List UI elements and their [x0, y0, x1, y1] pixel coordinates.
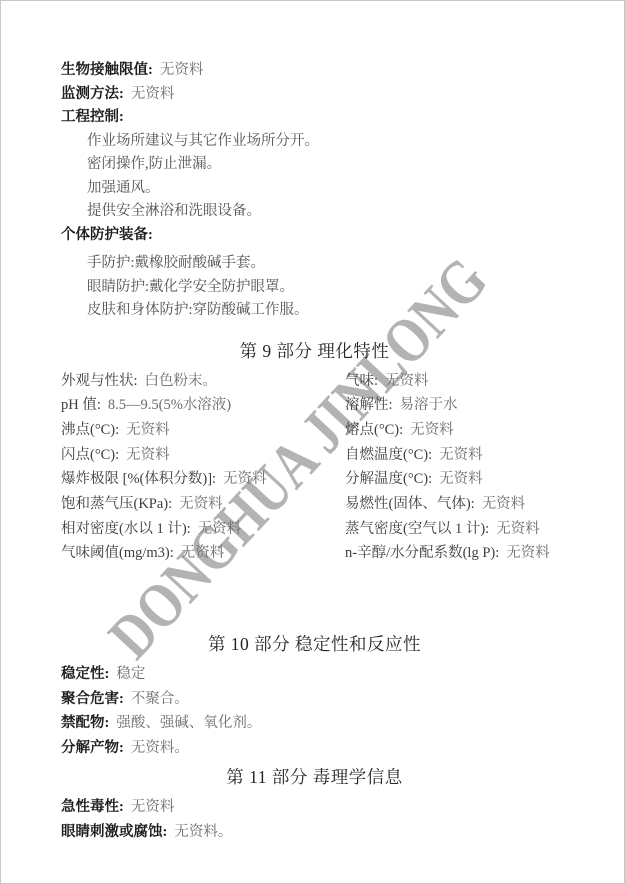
- ppe-item: 皮肤和身体防护:穿防酸碱工作服。: [61, 299, 568, 323]
- property-partition-coefficient: n-辛醇/水分配系数(lg P):无资料: [345, 541, 568, 566]
- property-label: 气味阈值(mg/m3):: [61, 545, 174, 561]
- property-odor-threshold: 气味阈值(mg/m3):无资料: [61, 541, 345, 566]
- field-label: 聚合危害:: [61, 691, 124, 707]
- property-label: 熔点(°C):: [345, 422, 403, 438]
- property-row: 气味阈值(mg/m3):无资料 n-辛醇/水分配系数(lg P):无资料: [61, 541, 568, 566]
- field-label: 眼睛刺激或腐蚀:: [61, 824, 167, 840]
- property-value: 无资料: [496, 521, 540, 537]
- property-label: pH 值:: [61, 397, 101, 413]
- field-label: 工程控制:: [61, 109, 124, 125]
- property-value: 无资料: [506, 545, 550, 561]
- property-value: 8.5—9.5(5%水溶液): [108, 397, 231, 413]
- field-engineering-controls: 工程控制:: [61, 106, 568, 130]
- field-value: 无资料。: [131, 740, 189, 756]
- property-label: 自燃温度(°C):: [345, 447, 432, 463]
- field-value: 无资料: [131, 86, 175, 102]
- property-vapor-pressure: 饱和蒸气压(KPa):无资料: [61, 492, 345, 517]
- section-10-title: 第 10 部分 稳定性和反应性: [61, 629, 568, 659]
- property-label: 相对密度(水以 1 计):: [61, 521, 191, 537]
- field-acute-toxicity: 急性毒性:无资料: [61, 795, 568, 820]
- field-value: 强酸、强碱、氧化剂。: [116, 715, 261, 731]
- property-value: 无资料: [198, 521, 242, 537]
- engineering-item: 加强通风。: [61, 177, 568, 201]
- field-incompatible-materials: 禁配物:强酸、强碱、氧化剂。: [61, 711, 568, 736]
- field-value: 不聚合。: [131, 691, 189, 707]
- property-label: 分解温度(°C):: [345, 471, 432, 487]
- property-odor: 气味:无资料: [345, 369, 568, 394]
- ppe-item: 手防护:戴橡胶耐酸碱手套。: [61, 252, 568, 276]
- property-label: 外观与性状:: [61, 373, 138, 389]
- property-value: 无资料: [223, 471, 267, 487]
- ppe-item: 眼睛防护:戴化学安全防护眼罩。: [61, 276, 568, 300]
- property-value: 无资料: [179, 496, 223, 512]
- property-value: 无资料: [181, 545, 225, 561]
- property-autoignition-temp: 自燃温度(°C):无资料: [345, 443, 568, 468]
- property-label: 闪点(°C):: [61, 447, 119, 463]
- property-label: 爆炸极限 [%(体积分数)]:: [61, 471, 216, 487]
- section-10-lines: 稳定性:稳定 聚合危害:不聚合。 禁配物:强酸、强碱、氧化剂。 分解产物:无资料…: [61, 662, 568, 760]
- property-melting-point: 熔点(°C):无资料: [345, 418, 568, 443]
- property-value: 无资料: [439, 471, 483, 487]
- property-ph: pH 值:8.5—9.5(5%水溶液): [61, 393, 345, 418]
- engineering-item: 提供安全淋浴和洗眼设备。: [61, 200, 568, 224]
- field-decomposition-products: 分解产物:无资料。: [61, 736, 568, 761]
- property-flammability: 易燃性(固体、气体):无资料: [345, 492, 568, 517]
- field-label: 禁配物:: [61, 715, 109, 731]
- property-label: n-辛醇/水分配系数(lg P):: [345, 545, 499, 561]
- section-11-lines: 急性毒性:无资料 眼睛刺激或腐蚀:无资料。: [61, 795, 568, 844]
- property-value: 无资料: [126, 422, 170, 438]
- property-value: 易溶于水: [400, 397, 458, 413]
- property-label: 饱和蒸气压(KPa):: [61, 496, 172, 512]
- property-label: 蒸气密度(空气以 1 计):: [345, 521, 489, 537]
- property-row: 沸点(°C):无资料 熔点(°C):无资料: [61, 418, 568, 443]
- field-value: 无资料: [160, 62, 204, 78]
- property-label: 气味:: [345, 373, 378, 389]
- property-vapor-density: 蒸气密度(空气以 1 计):无资料: [345, 517, 568, 542]
- property-label: 易燃性(固体、气体):: [345, 496, 475, 512]
- field-label: 稳定性:: [61, 666, 109, 682]
- engineering-item: 密闭操作,防止泄漏。: [61, 153, 568, 177]
- property-explosion-limit: 爆炸极限 [%(体积分数)]:无资料: [61, 467, 345, 492]
- field-label: 急性毒性:: [61, 799, 124, 815]
- property-row: 外观与性状:白色粉末。 气味:无资料: [61, 369, 568, 394]
- field-polymerization-hazard: 聚合危害:不聚合。: [61, 687, 568, 712]
- property-row: pH 值:8.5—9.5(5%水溶液) 溶解性:易溶于水: [61, 393, 568, 418]
- property-row: 相对密度(水以 1 计):无资料 蒸气密度(空气以 1 计):无资料: [61, 517, 568, 542]
- field-value: 无资料。: [174, 824, 232, 840]
- property-value: 无资料: [126, 447, 170, 463]
- field-monitoring-method: 监测方法:无资料: [61, 83, 568, 107]
- field-label: 监测方法:: [61, 86, 124, 102]
- property-appearance: 外观与性状:白色粉末。: [61, 369, 345, 394]
- property-value: 无资料: [482, 496, 526, 512]
- property-row: 闪点(°C):无资料 自燃温度(°C):无资料: [61, 443, 568, 468]
- field-label: 个体防护装备:: [61, 227, 153, 243]
- section-9-title: 第 9 部分 理化特性: [61, 336, 568, 366]
- engineering-item: 作业场所建议与其它作业场所分开。: [61, 130, 568, 154]
- field-value: 稳定: [116, 666, 145, 682]
- property-label: 沸点(°C):: [61, 422, 119, 438]
- field-ppe: 个体防护装备:: [61, 224, 568, 248]
- property-value: 无资料: [410, 422, 454, 438]
- section-9-properties: 外观与性状:白色粉末。 气味:无资料 pH 值:8.5—9.5(5%水溶液) 溶…: [61, 369, 568, 567]
- field-eye-irritation: 眼睛刺激或腐蚀:无资料。: [61, 820, 568, 845]
- property-value: 白色粉末。: [145, 373, 218, 389]
- property-value: 无资料: [385, 373, 429, 389]
- property-decomposition-temp: 分解温度(°C):无资料: [345, 467, 568, 492]
- property-flash-point: 闪点(°C):无资料: [61, 443, 345, 468]
- field-label: 分解产物:: [61, 740, 124, 756]
- sds-document-page: DONGHUA JINLONG 生物接触限值:无资料 监测方法:无资料 工程控制…: [0, 0, 625, 884]
- document-content: 生物接触限值:无资料 监测方法:无资料 工程控制: 作业场所建议与其它作业场所分…: [1, 1, 624, 883]
- field-value: 无资料: [131, 799, 175, 815]
- property-row: 饱和蒸气压(KPa):无资料 易燃性(固体、气体):无资料: [61, 492, 568, 517]
- property-label: 溶解性:: [345, 397, 393, 413]
- field-bio-exposure-limit: 生物接触限值:无资料: [61, 59, 568, 83]
- section-11-title: 第 11 部分 毒理学信息: [61, 762, 568, 792]
- property-boiling-point: 沸点(°C):无资料: [61, 418, 345, 443]
- field-stability: 稳定性:稳定: [61, 662, 568, 687]
- property-row: 爆炸极限 [%(体积分数)]:无资料 分解温度(°C):无资料: [61, 467, 568, 492]
- ppe-items: 手防护:戴橡胶耐酸碱手套。 眼睛防护:戴化学安全防护眼罩。 皮肤和身体防护:穿防…: [61, 252, 568, 323]
- property-relative-density: 相对密度(水以 1 计):无资料: [61, 517, 345, 542]
- field-label: 生物接触限值:: [61, 62, 153, 78]
- property-value: 无资料: [439, 447, 483, 463]
- property-solubility: 溶解性:易溶于水: [345, 393, 568, 418]
